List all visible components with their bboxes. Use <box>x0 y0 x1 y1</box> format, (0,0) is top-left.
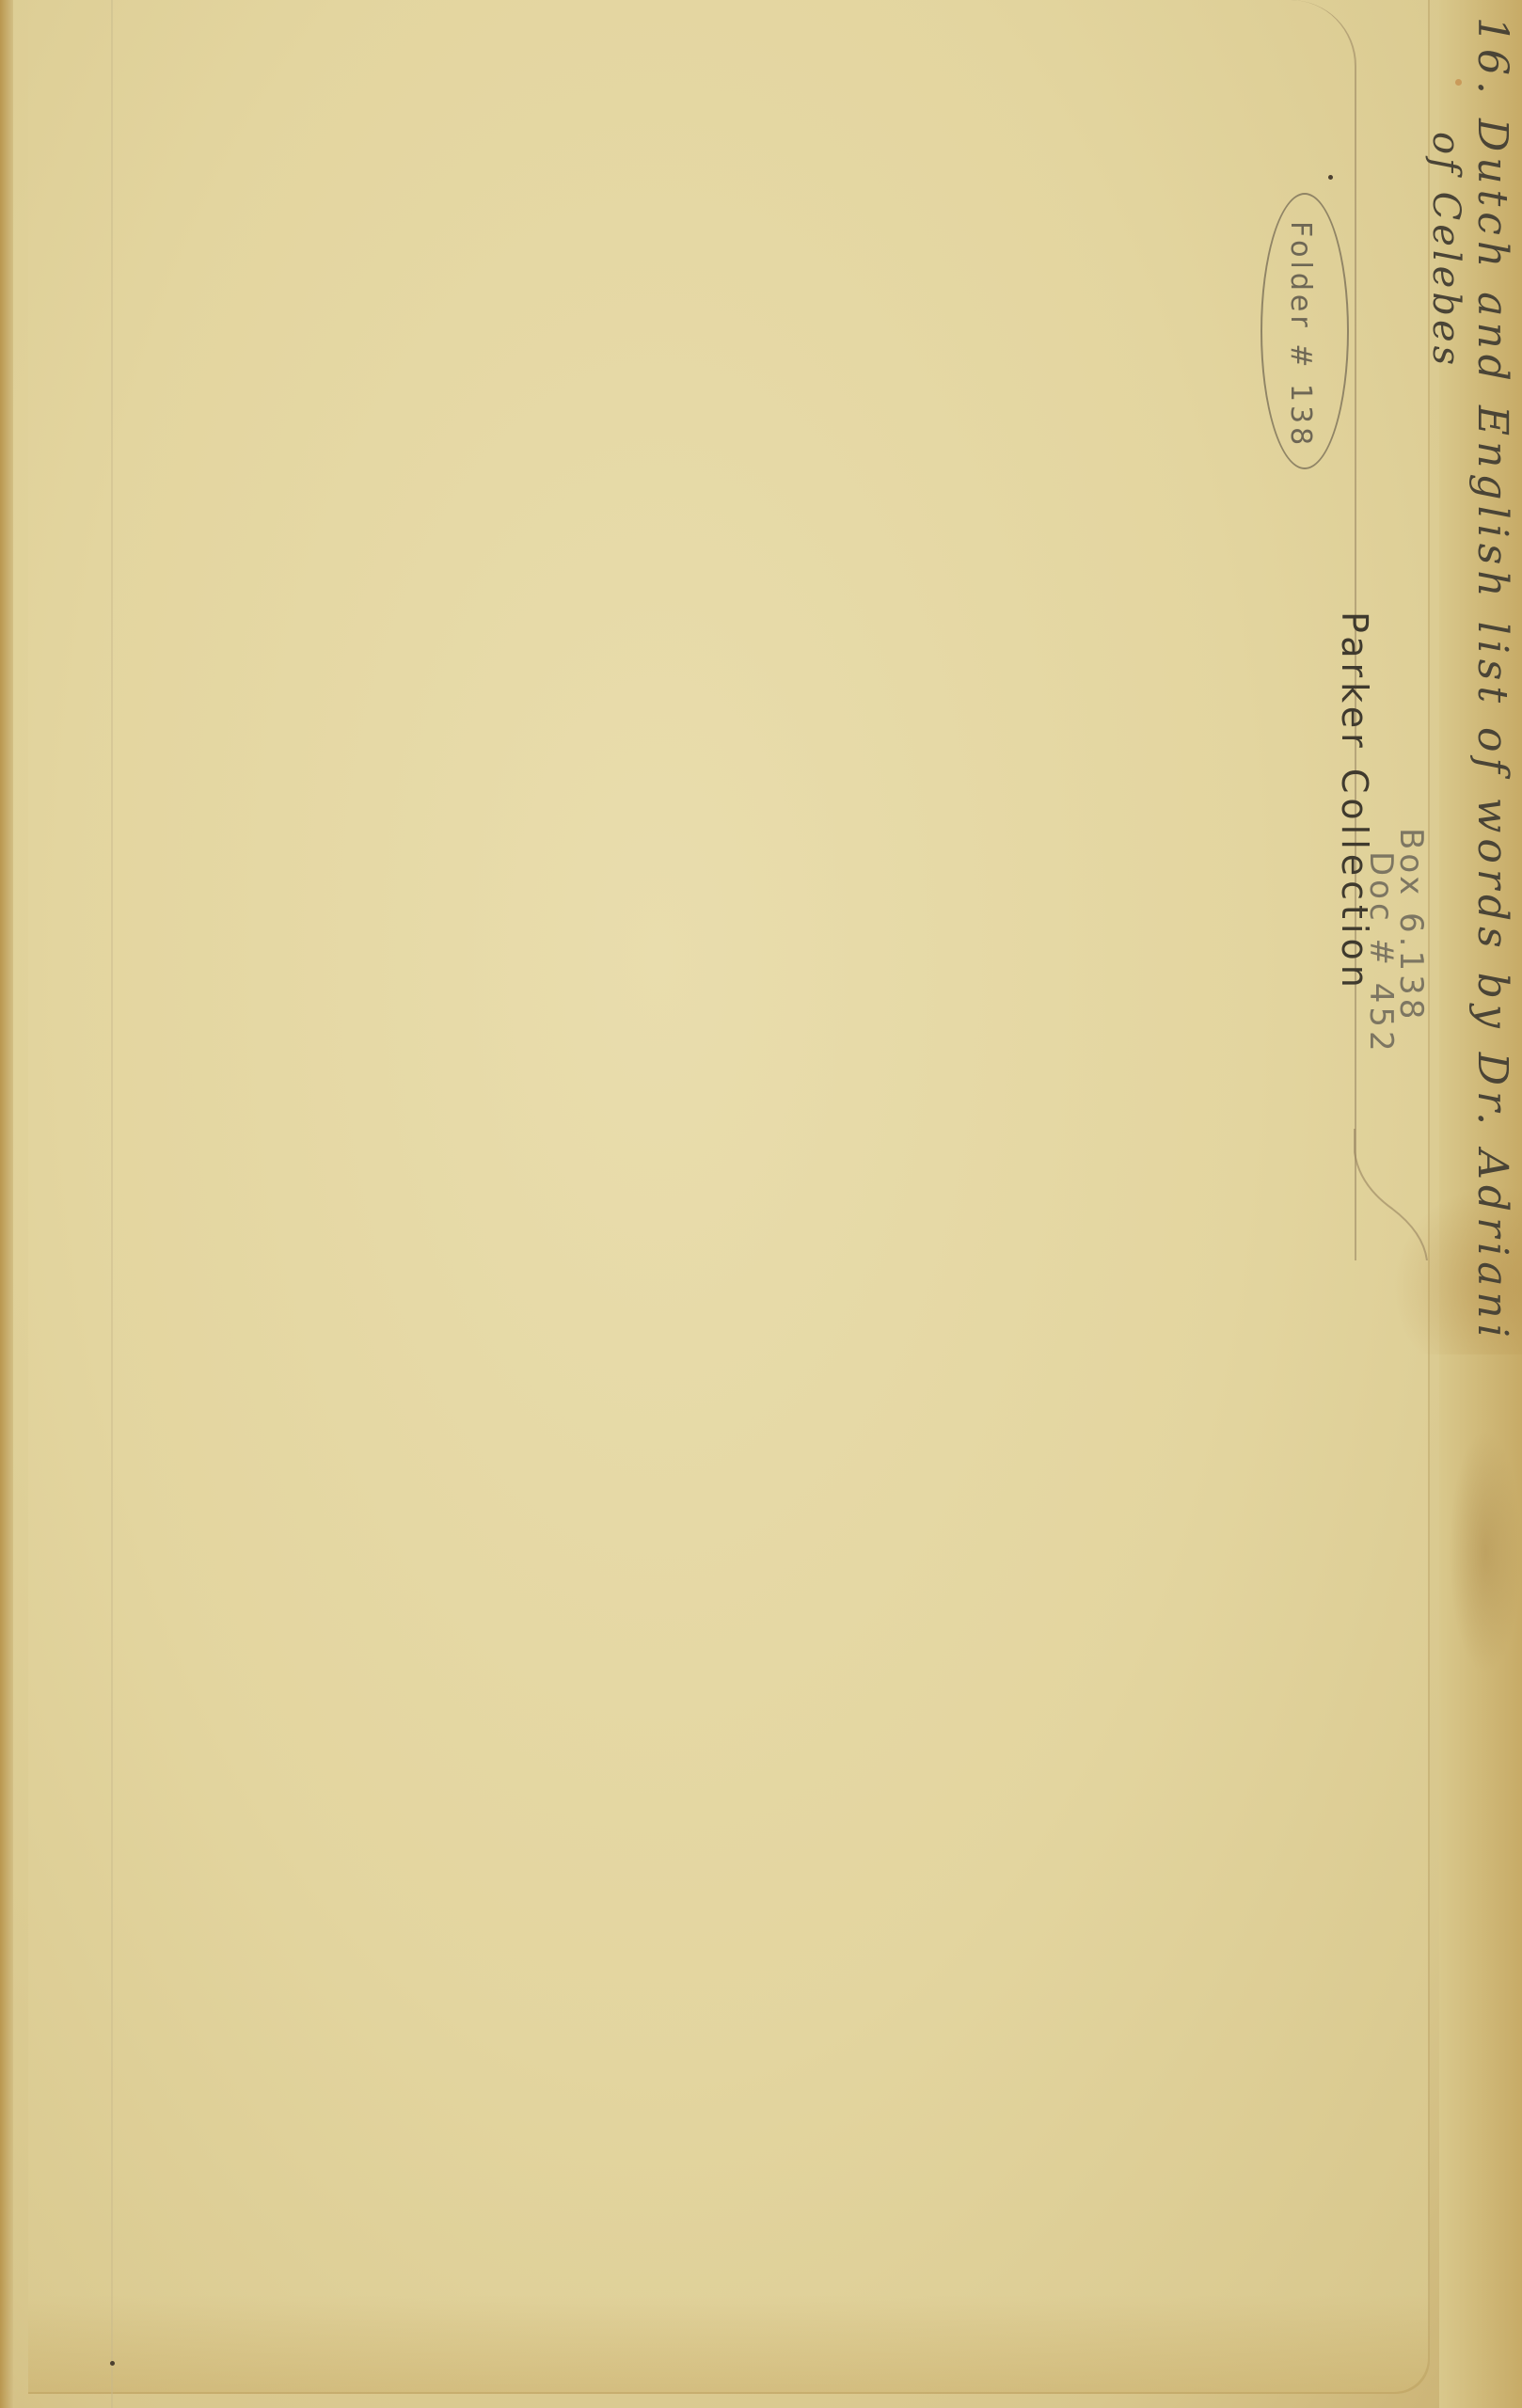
folder-bottom-band <box>28 2295 1430 2394</box>
tab-annotation-line1: 16. Dutch and English list of words by D… <box>1468 17 1516 1343</box>
collection-label: Parker Collection <box>1334 611 1375 992</box>
ink-speck <box>110 2361 115 2366</box>
tab-annotation-line2: of Celebes <box>1424 132 1467 369</box>
tab-curve-line <box>1350 1129 1463 1260</box>
fold-line <box>111 0 113 2408</box>
folder-number-label: Folder # 138 <box>1284 221 1317 449</box>
ink-speck <box>1328 175 1333 180</box>
stain-mark <box>1449 1430 1522 1674</box>
folder-left-edge <box>0 0 13 2408</box>
folder-back-panel <box>28 0 1430 2394</box>
foxing-spot <box>1455 79 1462 86</box>
